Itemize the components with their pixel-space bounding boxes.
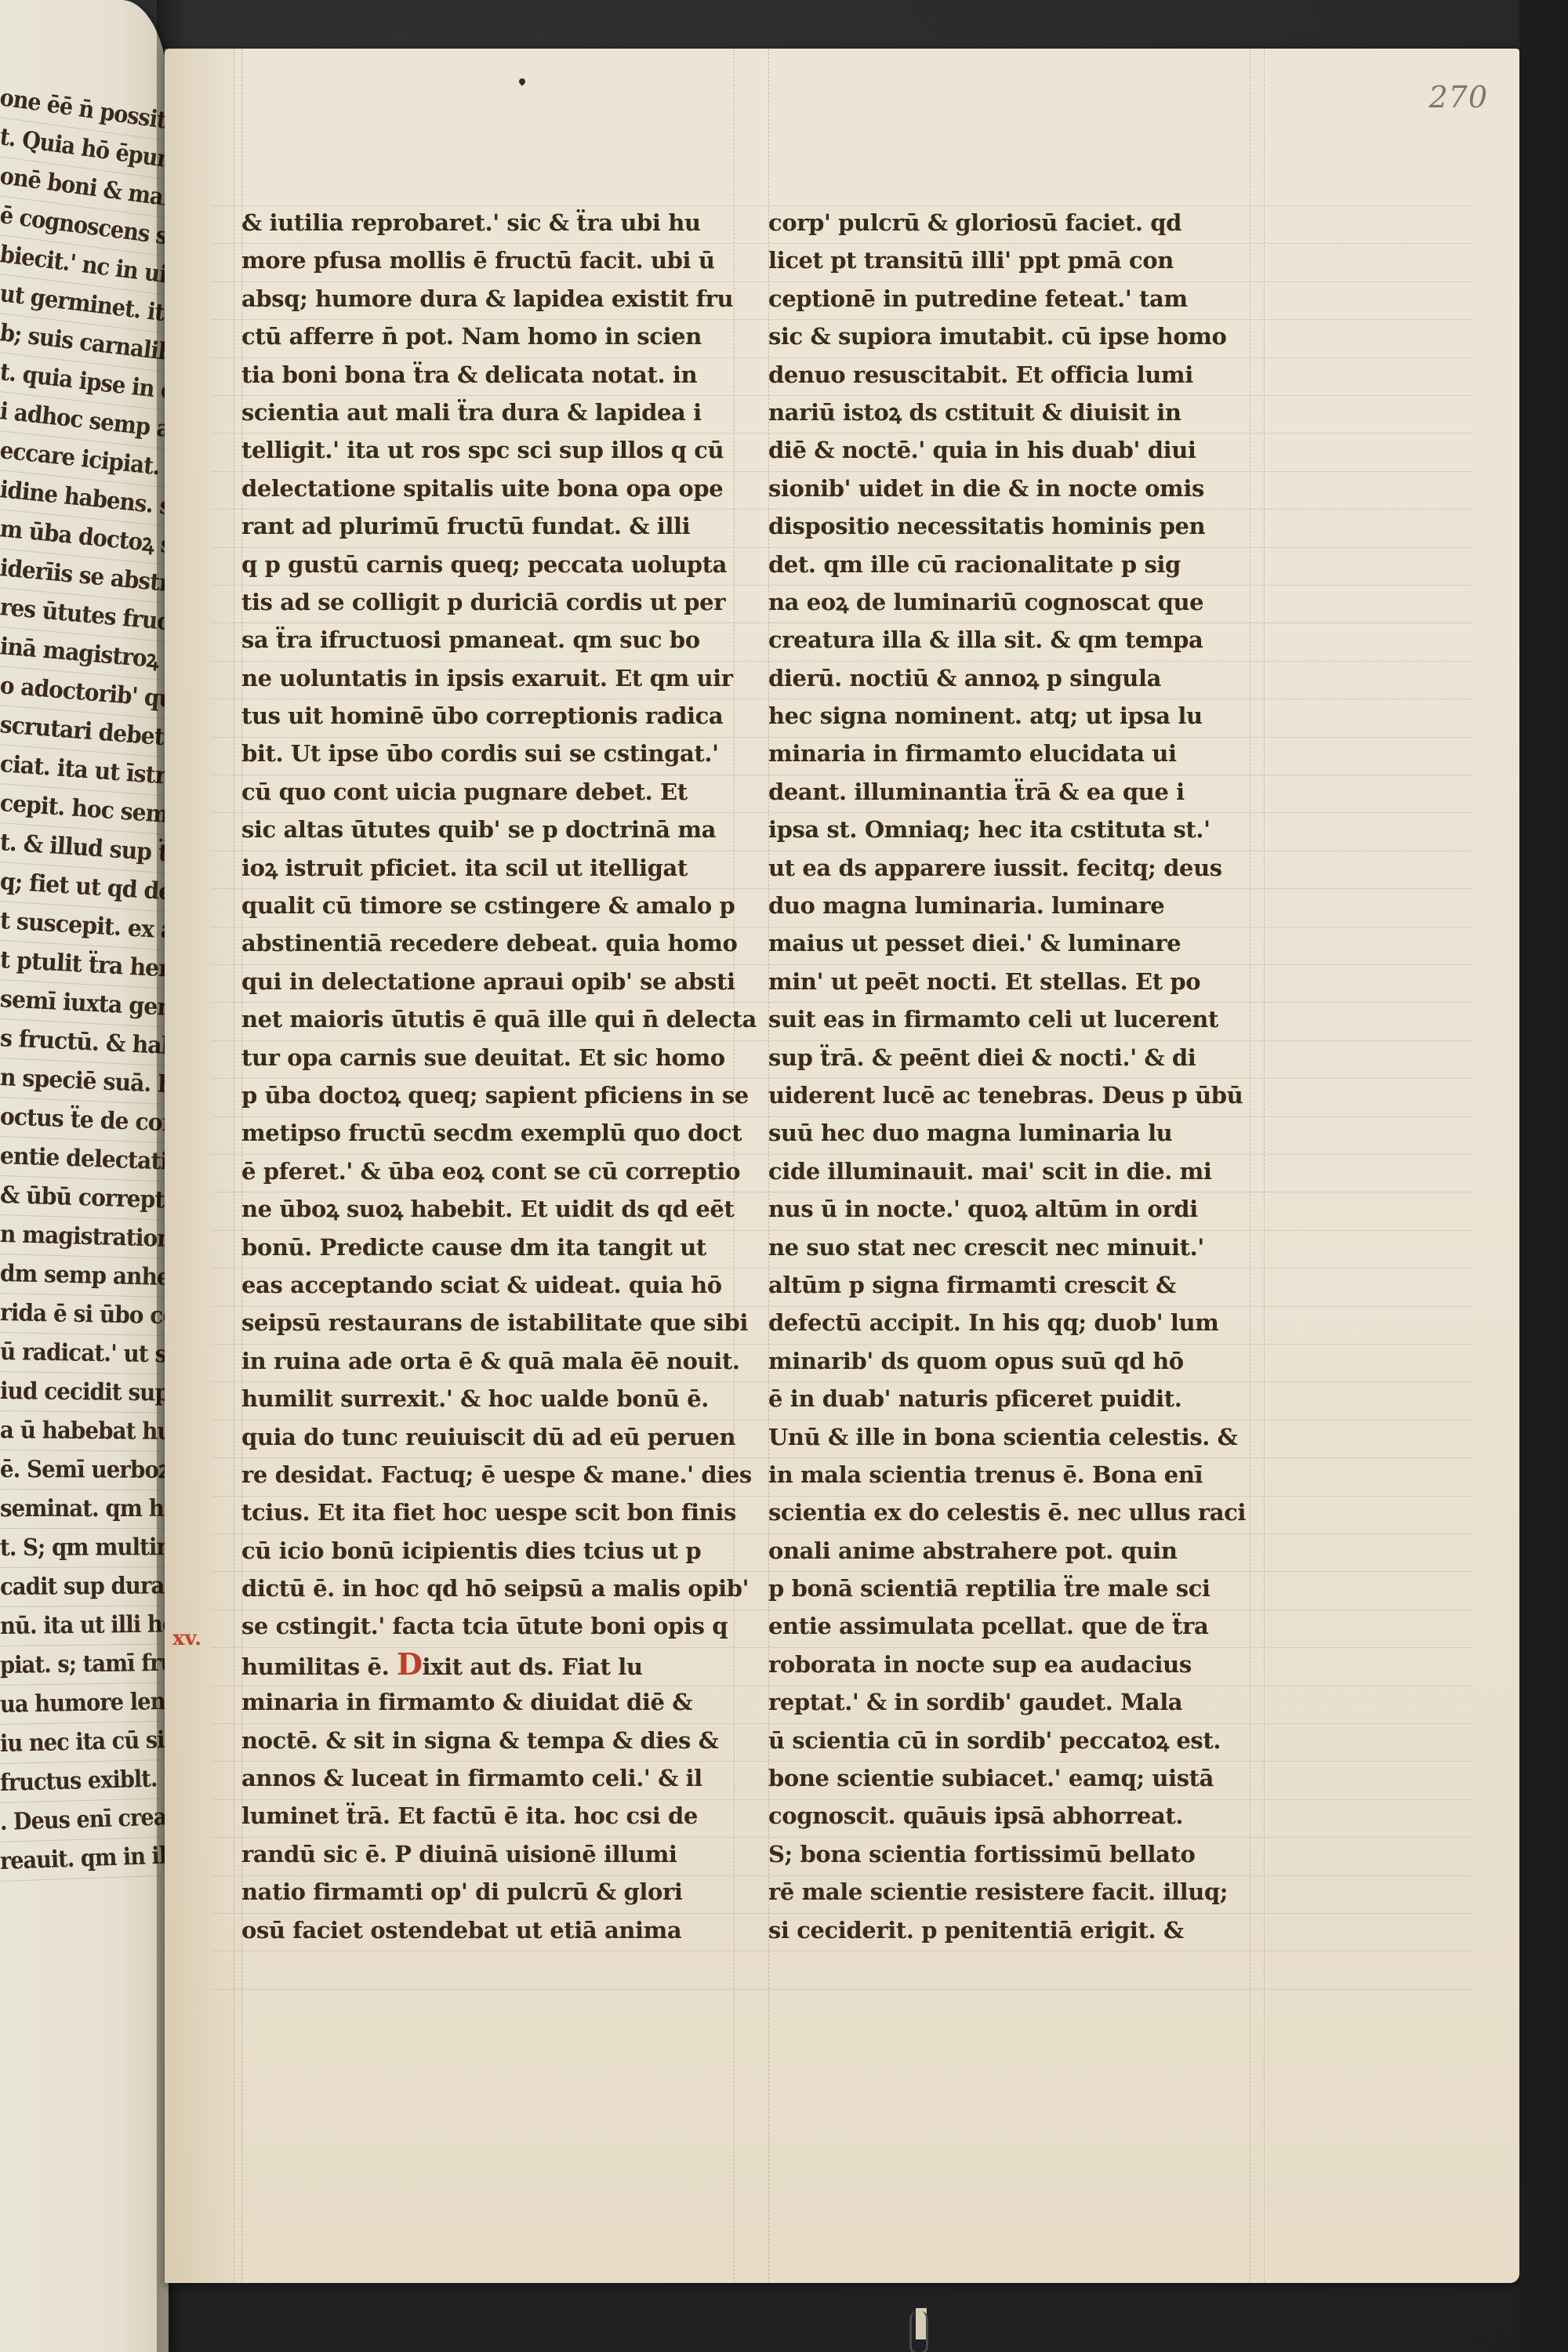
background-edge xyxy=(1519,0,1568,2352)
manuscript-line: ut ea ds apparere iussit. fecitq; deus xyxy=(768,849,1427,887)
manuscript-line: suit eas in firmamto celi ut lucerent xyxy=(768,1000,1427,1038)
manuscript-line: sic & supiora imutabit. cū ipse homo xyxy=(768,318,1427,355)
manuscript-line: onali anime abstrahere pot. quin xyxy=(768,1532,1427,1570)
manuscript-line: licet pt transitū illi' ppt pmā con xyxy=(768,241,1427,279)
verso-text-line: nū. ita ut illi hoc initiū xyxy=(0,1605,169,1646)
manuscript-line: deant. illuminantia ẗrā & ea que i xyxy=(768,773,1427,811)
manuscript-line: maius ut pesset diei.' & luminare xyxy=(768,924,1427,962)
manuscript-line: dierū. noctiū & annoꝝ p singula xyxy=(768,659,1427,697)
manuscript-line: altūm p signa firmamti crescit & xyxy=(768,1266,1427,1304)
manuscript-line: roborata in nocte sup ea audacius xyxy=(768,1646,1427,1683)
manuscript-line: sionib' uidet in die & in nocte omis xyxy=(768,470,1427,507)
manuscript-line: suū hec duo magna luminaria lu xyxy=(768,1114,1427,1152)
manuscript-line: Unū & ille in bona scientia celestis. & xyxy=(768,1418,1427,1456)
manuscript-line: uiderent lucē ac tenebras. Deus p ūbū xyxy=(768,1076,1427,1114)
manuscript-line: rē male scientie resistere facit. illuq; xyxy=(768,1873,1427,1911)
page-clip xyxy=(909,2311,928,2352)
left-page-verso: one ēē n̄ possit. p admt. Quia hō ēpunct… xyxy=(0,0,169,2352)
text-column-right: corp' pulcrū & gloriosū faciet. qdlicet … xyxy=(768,204,1427,1949)
verso-text-line: & ūbū correptionis pfer xyxy=(0,1176,169,1221)
ruling-line xyxy=(212,1989,1472,1990)
manuscript-line: duo magna luminaria. luminare xyxy=(768,887,1427,924)
manuscript-line: creatura illa & illa sit. & qm tempa xyxy=(768,621,1427,659)
manuscript-line: dispositio necessitatis hominis pen xyxy=(768,507,1427,545)
folio-number: 270 xyxy=(1428,80,1488,114)
manuscript-line: in mala scientia trenus ē. Bona enī xyxy=(768,1456,1427,1494)
left-page-text: one ēē n̄ possit. p admt. Quia hō ēpunct… xyxy=(0,78,169,1882)
manuscript-line: ipsa st. Omniaq; hec ita cstituta st.' xyxy=(768,811,1427,848)
manuscript-line: sup ẗrā. & peēnt diei & nocti.' & di xyxy=(768,1039,1427,1076)
verso-text-line: . Deus enī creaturas ad xyxy=(0,1798,169,1842)
manuscript-line: p bonā scientiā reptilia ẗre male sci xyxy=(768,1570,1427,1607)
manuscript-line: si ceciderit. p penitentiā erigit. & xyxy=(768,1911,1427,1949)
right-page-recto: 270 & iutilia reprobaret.' sic & ẗra ubi… xyxy=(165,49,1519,2283)
manuscript-line: ne suo stat nec crescit nec minuit.' xyxy=(768,1229,1427,1266)
manuscript-line: ē in duab' naturis pficeret puidit. xyxy=(768,1380,1427,1417)
verso-text-line: octus ẗe de corde suo ur xyxy=(0,1098,169,1144)
verso-text-line: ū radicat.' ut saluator xyxy=(0,1333,169,1374)
ink-mark xyxy=(517,77,526,85)
manuscript-line: denuo resuscitabit. Et officia lumi xyxy=(768,356,1427,394)
manuscript-line: nus ū in nocte.' quoꝝ altūm in ordi xyxy=(768,1190,1427,1228)
manuscript-line: hec signa nominent. atq; ut ipsa lu xyxy=(768,697,1427,735)
manuscript-line: ceptionē in putredine feteat.' tam xyxy=(768,280,1427,318)
rubric-line-after: ixit aut ds. Fiat lu xyxy=(423,1653,643,1680)
verso-text-line: t. S; qm multimoda dona xyxy=(0,1528,169,1568)
manuscript-line: defectū accipit. In his qq; duob' lum xyxy=(768,1304,1427,1341)
manuscript-line: minarib' ds quom opus suū qd hō xyxy=(768,1342,1427,1380)
manuscript-line: S; bona scientia fortissimū bellato xyxy=(768,1835,1427,1873)
verso-text-line: dm semp anhelat. Ilam xyxy=(0,1254,169,1298)
manuscript-line: na eoꝝ de luminariū cognoscat que xyxy=(768,583,1427,621)
margin-rubric-numeral: xv. xyxy=(172,1627,201,1650)
verso-text-line: n magistratione qua se xyxy=(0,1215,169,1259)
manuscript-line: cognoscit. quāuis ipsā abhorreat. xyxy=(768,1797,1427,1835)
manuscript-line: ū scientia cū in sordib' peccatoꝝ est. xyxy=(768,1722,1427,1759)
verso-text-line: iu nec ita cū sine humor xyxy=(0,1721,169,1764)
manuscript-line: corp' pulcrū & gloriosū faciet. qd xyxy=(768,204,1427,241)
rubric-line-before: humilitas ē. xyxy=(241,1653,397,1680)
verso-text-line: iud cecidit sup petrā & xyxy=(0,1372,169,1414)
manuscript-line: diē & noctē.' quia in his duab' diui xyxy=(768,431,1427,469)
verso-text-line: fructus exiblt. fructū u xyxy=(0,1759,169,1803)
ruling-line xyxy=(234,49,234,2283)
verso-text-line: ē. Semī uerboꝝ doctrine xyxy=(0,1450,169,1490)
manuscript-line: scientia ex do celestis ē. nec ullus rac… xyxy=(768,1494,1427,1531)
verso-text-line: rida ē si ūbo correption xyxy=(0,1294,169,1336)
verso-text-line: a ū habebat humorē. ho xyxy=(0,1411,169,1452)
manuscript-line: reptat.' & in sordib' gaudet. Mala xyxy=(768,1683,1427,1721)
verso-text-line: entie delectationes car xyxy=(0,1137,169,1182)
manuscript-line: minaria in firmamto elucidata ui xyxy=(768,735,1427,772)
verso-text-line: seminat. qm homo p ill xyxy=(0,1490,169,1529)
verso-text-line: reauit. qm in illis xyxy=(0,1836,169,1882)
verso-text-line: piat. s; tamī fructū pecca xyxy=(0,1644,169,1686)
manuscript-line: entie assimulata pcellat. que de ẗra xyxy=(768,1607,1427,1645)
verso-text-line: ua humore lenitatis car xyxy=(0,1682,169,1725)
manuscript-line: min' ut peēt nocti. Et stellas. Et po xyxy=(768,963,1427,1000)
rubricated-initial: D xyxy=(397,1646,423,1682)
manuscript-line: det. qm ille cū racionalitate p sig xyxy=(768,546,1427,583)
verso-text-line: cadit sup dura corda xyxy=(0,1566,169,1607)
manuscript-line: nariū istoꝝ ds cstituit & diuisit in xyxy=(768,394,1427,431)
manuscript-line: cide illuminauit. mai' scit in die. mi xyxy=(768,1152,1427,1190)
ruling-line xyxy=(212,1951,1472,1951)
manuscript-line: bone scientie subiacet.' eamq; uistā xyxy=(768,1759,1427,1797)
